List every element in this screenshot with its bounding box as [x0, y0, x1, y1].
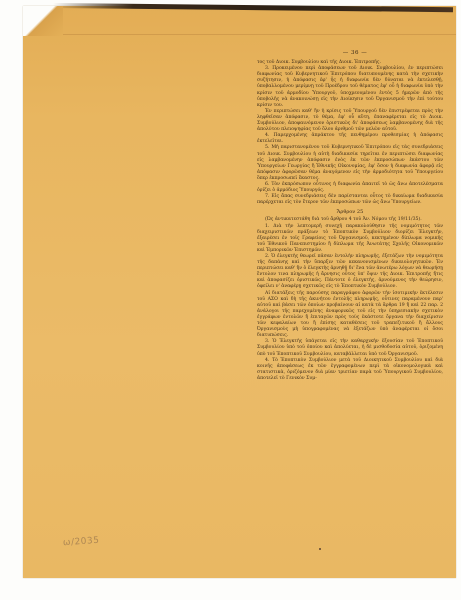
page-number: — 36 — [257, 50, 443, 56]
text-column: — 36 — τος τοῦ Διοικ. Συμβουλίου καὶ τῆς… [257, 50, 443, 382]
article-paragraph: 2. Ὁ ἐλεγκτὴς θεωρεῖ πᾶσαν ἐντολὴν πληρω… [257, 254, 443, 291]
article-paragraph: 4. Τὸ Ἐποπτικὸν Συμβούλιον μετὰ τοῦ Διοι… [257, 358, 443, 382]
paragraph: 4. Παρερχομένης ἀπράκτου τῆς πενθημέρου … [257, 133, 443, 145]
paragraph: 5. Μὴ παριστανομένου τοῦ Κυβερνητικοῦ Ἐπ… [257, 145, 443, 182]
paper-speck [319, 548, 321, 550]
paragraph: 7. Εἰς ἅπας συνεδριάσεις δὲν παρίστανται… [257, 194, 443, 206]
paragraph: 3. Προκειμένου περὶ ἀποφάσεων τοῦ Διοικ.… [257, 66, 443, 109]
article-note: (Ὡς ἀντικατεστάθη διὰ τοῦ ἄρθρου 4 τοῦ Ἀ… [257, 217, 443, 223]
article-paragraph: Αἱ διατάξεις τῆς παρούσης παραγράφου ἀφο… [257, 291, 443, 340]
scanned-document: — 36 — τος τοῦ Διοικ. Συμβουλίου καὶ τῆς… [0, 0, 461, 600]
document-page: — 36 — τος τοῦ Διοικ. Συμβουλίου καὶ τῆς… [23, 6, 456, 578]
paragraph: 6. Τὸν ἐκπρόσωπον οὗτινος ἡ διαφωνία ἀπα… [257, 182, 443, 194]
fold-line [23, 34, 456, 35]
article-title: Ἄρθρον 25 [257, 209, 443, 215]
article-paragraph: 3. Ὁ Ἐλεγκτὴς ὑπάγεται εἰς τὴν καθαρχικὴ… [257, 339, 443, 357]
paragraph: Ἐν περιπτώσει καθ' ἣν ἡ κρίσις τοῦ Ὑπουρ… [257, 109, 443, 133]
article-paragraph: 1. Διὰ τὴν λεπτομερῆ συνεχῆ παρακολούθησ… [257, 224, 443, 254]
